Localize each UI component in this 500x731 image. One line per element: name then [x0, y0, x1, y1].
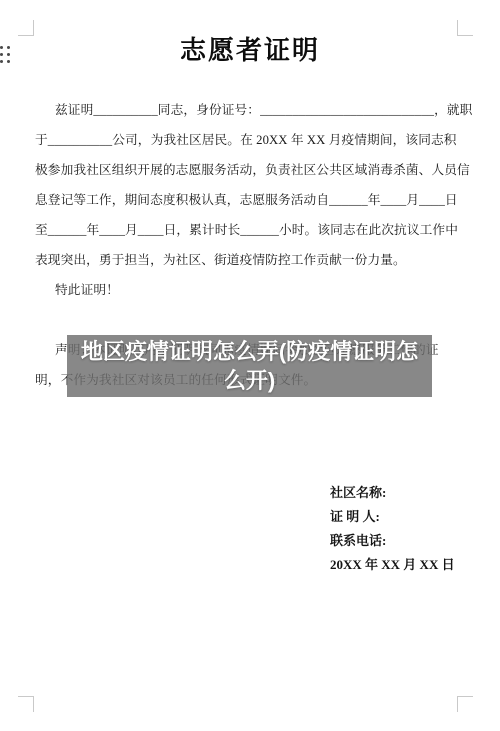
date-line: 20XX 年 XX 月 XX 日 — [330, 553, 455, 577]
watermark-title-line: 地区疫情证明怎么弄(防疫情证明怎 — [67, 337, 432, 366]
community-name-label: 社区名称: — [330, 481, 455, 505]
crop-mark-bottom-right-icon — [457, 696, 473, 712]
certifier-label: 证 明 人: — [330, 505, 455, 529]
watermark-title-line: 么开) — [67, 366, 432, 395]
body-line: 息登记等工作，期间态度积极认真，志愿服务活动自______年____月____日 — [35, 185, 459, 215]
document-page: 志愿者证明 兹证明__________同志，身份证号：_____________… — [0, 0, 500, 731]
body-line: 表现突出，勇于担当，为社区、街道疫情防控工作贡献一份力量。 — [35, 245, 459, 275]
crop-mark-bottom-left-icon — [18, 696, 34, 712]
signature-block: 社区名称: 证 明 人: 联系电话: 20XX 年 XX 月 XX 日 — [330, 481, 455, 577]
closing-statement: 特此证明！ — [35, 275, 459, 305]
blank-line — [35, 305, 459, 335]
watermark-overlay-band: 地区疫情证明怎么弄(防疫情证明怎 么开) — [67, 335, 432, 397]
body-line: 极参加我社区组织开展的志愿服务活动，负责社区公共区域消毒杀菌、人员信 — [35, 155, 459, 185]
document-title: 志愿者证明 — [0, 30, 500, 67]
body-line: 兹证明__________同志，身份证号：___________________… — [35, 95, 459, 125]
body-line: 于__________公司，为我社区居民。在 20XX 年 XX 月疫情期间，该… — [35, 125, 459, 155]
phone-label: 联系电话: — [330, 529, 455, 553]
body-line: 至______年____月____日，累计时长______小时。该同志在此次抗议… — [35, 215, 459, 245]
